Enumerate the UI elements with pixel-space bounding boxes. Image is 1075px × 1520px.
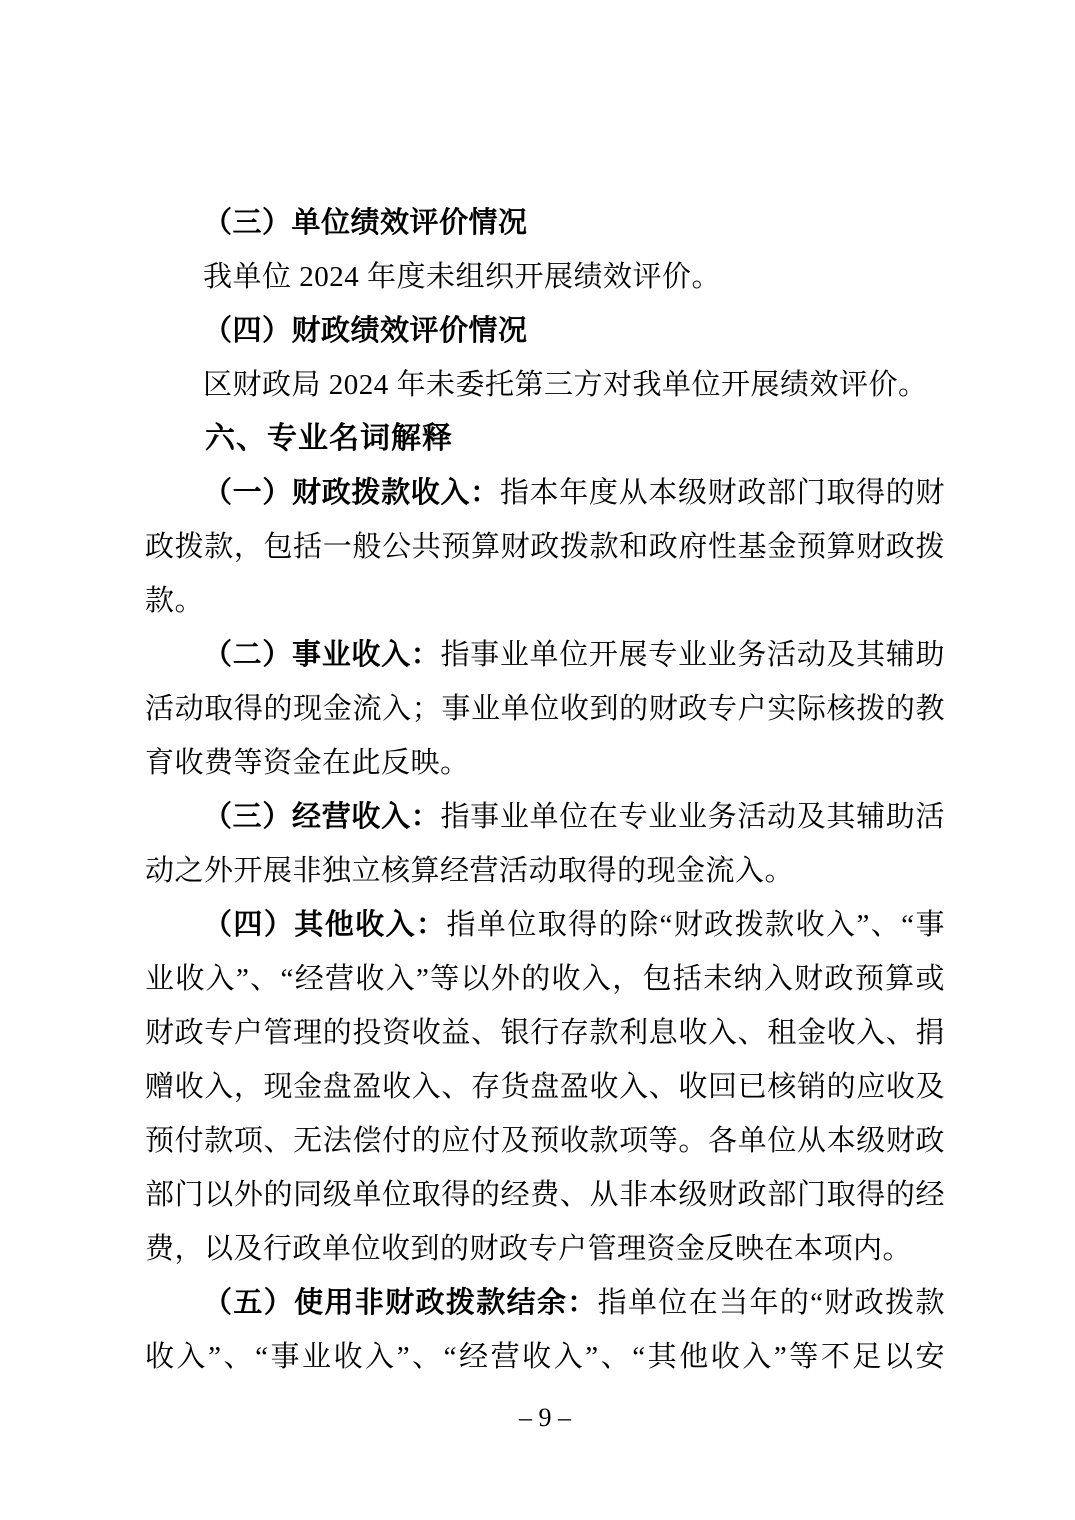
page-number: – 9 –: [519, 1403, 571, 1432]
term-operating-income: （三）经营收入：: [203, 801, 441, 833]
definition-text: 指单位取得的除“财政拨款收入”、“事业收入”、“经营收入”等以外的收入，包括未纳…: [145, 909, 945, 1265]
term-non-fiscal-balance: （五）使用非财政拨款结余：: [203, 1287, 598, 1319]
paragraph-definition-business-income: （二）事业收入：指事业单位开展专业业务活动及其辅助活动取得的现金流入；事业单位收…: [145, 628, 945, 790]
paragraph-definition-non-fiscal-balance: （五）使用非财政拨款结余：指单位在当年的“财政拨款收入”、“事业收入”、“经营收…: [145, 1276, 945, 1384]
paragraph-unit-performance-statement: 我单位 2024 年度未组织开展绩效评价。: [145, 250, 945, 304]
term-other-income: （四）其他收入：: [203, 909, 446, 941]
subheading-unit-performance-evaluation: （三）单位绩效评价情况: [145, 196, 945, 250]
document-page: （三）单位绩效评价情况 我单位 2024 年度未组织开展绩效评价。 （四）财政绩…: [0, 0, 1075, 1520]
section-heading-terminology: 六、专业名词解释: [145, 412, 945, 466]
paragraph-definition-operating-income: （三）经营收入：指事业单位在专业业务活动及其辅助活动之外开展非独立核算经营活动取…: [145, 790, 945, 898]
paragraph-finance-performance-statement: 区财政局 2024 年未委托第三方对我单位开展绩效评价。: [145, 358, 945, 412]
paragraph-definition-other-income: （四）其他收入：指单位取得的除“财政拨款收入”、“事业收入”、“经营收入”等以外…: [145, 898, 945, 1276]
subheading-finance-performance-evaluation: （四）财政绩效评价情况: [145, 304, 945, 358]
page-footer: – 9 –: [145, 1398, 945, 1438]
paragraph-definition-fiscal-appropriation-income: （一）财政拨款收入：指本年度从本级财政部门取得的财政拨款，包括一般公共预算财政拨…: [145, 466, 945, 628]
term-fiscal-appropriation-income: （一）财政拨款收入：: [203, 477, 500, 509]
document-content: （三）单位绩效评价情况 我单位 2024 年度未组织开展绩效评价。 （四）财政绩…: [145, 196, 945, 1384]
term-business-income: （二）事业收入：: [203, 639, 441, 671]
